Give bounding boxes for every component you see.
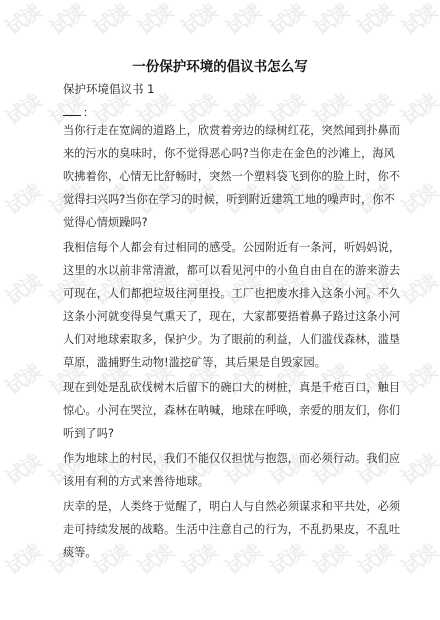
watermark-mark: 试读: [0, 356, 45, 400]
text-line: 走可持续发展的战略。生活中注意自己的行为，不乱扔果皮，不乱吐: [63, 521, 400, 537]
watermark-mark: 试读: [43, 0, 89, 41]
text-line: 现在到处是乱砍伐树木后留下的碗口大的树桩，真是千疮百口，触目: [63, 379, 400, 395]
watermark-mark: 试读: [307, 536, 353, 580]
text-line: 这里的水以前非常清澈，都可以看见河中的小鱼自由自在的游来游去: [63, 262, 400, 278]
watermark-mark: 试读: [0, 536, 45, 580]
text-line: 可现在，人们都把垃圾往河里投。工厂也把废水排入这条小河。不久: [63, 285, 400, 301]
text-line: 听到了吗?: [63, 425, 114, 441]
text-line: 觉得心情烦躁吗?: [63, 214, 148, 230]
text-line: 我相信每个人都会有过相同的感受。公园附近有一条河，听妈妈说，: [63, 239, 400, 255]
text-line: 庆幸的是，人类终于觉醒了，明白人与自然必须谋求和平共处，必须: [63, 498, 400, 514]
document-subtitle: 保护环境倡议书 1: [63, 81, 154, 97]
watermark-mark: 试读: [0, 446, 45, 490]
watermark-mark: 试读: [395, 0, 440, 41]
watermark-mark: 试读: [0, 86, 45, 130]
watermark-mark: 试读: [395, 176, 440, 220]
watermark-mark: 试读: [351, 0, 397, 41]
text-line: 草原，滥捕野生动物!滥挖矿等，其后果是自毁家园。: [63, 354, 326, 370]
watermark-mark: 试读: [395, 86, 440, 130]
text-line: 作为地球上的村民，我们不能仅仅担忧与抱怨，而必须行动。我们应: [63, 450, 400, 466]
watermark-mark: 试读: [87, 0, 133, 41]
text-line: 该用有利的方式来善待地球。: [63, 473, 209, 489]
watermark-mark: 试读: [131, 0, 177, 41]
text-line: 觉得扫兴吗?当你在学习的时候，听到附近建筑工地的噪声时，你不: [63, 191, 395, 207]
watermark-mark: 试读: [0, 0, 45, 41]
salutation-colon: ：: [83, 106, 94, 119]
text-line: 这条小河就变得臭气熏天了，现在，大家都要捂着鼻子路过这条小河: [63, 308, 400, 324]
watermark-mark: 试读: [395, 446, 440, 490]
watermark-mark: 试读: [0, 176, 45, 220]
watermark-mark: 试读: [131, 536, 177, 580]
watermark-mark: 试读: [351, 536, 397, 580]
text-line: 来的污水的臭味时，你不觉得恶心吗?当你走在金色的沙滩上，海风: [63, 145, 395, 161]
document-title: 一份保护环境的倡议书怎么写: [0, 55, 440, 75]
salutation-line: ：: [63, 104, 94, 120]
watermark-mark: 试读: [175, 536, 221, 580]
text-line: 吹拂着你，心情无比舒畅时，突然一个塑料袋飞到你的脸上时，你不: [63, 168, 400, 184]
text-line: 惊心。小河在哭泣，森林在呐喊，地球在呼唤，亲爱的朋友们，你们: [63, 402, 400, 418]
text-line: 当你行走在宽阔的道路上，欣赏着旁边的绿树红花，突然闻到扑鼻而: [63, 122, 400, 138]
watermark-mark: 试读: [395, 536, 440, 580]
watermark-mark: 试读: [219, 536, 265, 580]
watermark-mark: 试读: [395, 356, 440, 400]
watermark-mark: 试读: [307, 0, 353, 41]
salutation-blank: [63, 106, 81, 116]
text-line: 痰等。: [63, 544, 97, 560]
text-line: 人们对地球索取多，保护少。为了眼前的利益，人们滥伐森林，滥垦: [63, 331, 400, 347]
watermark-mark: 试读: [0, 266, 45, 310]
watermark-mark: 试读: [175, 0, 221, 41]
watermark-mark: 试读: [219, 0, 265, 41]
watermark-mark: 试读: [263, 536, 309, 580]
watermark-mark: 试读: [263, 0, 309, 41]
watermark-mark: 试读: [395, 266, 440, 310]
